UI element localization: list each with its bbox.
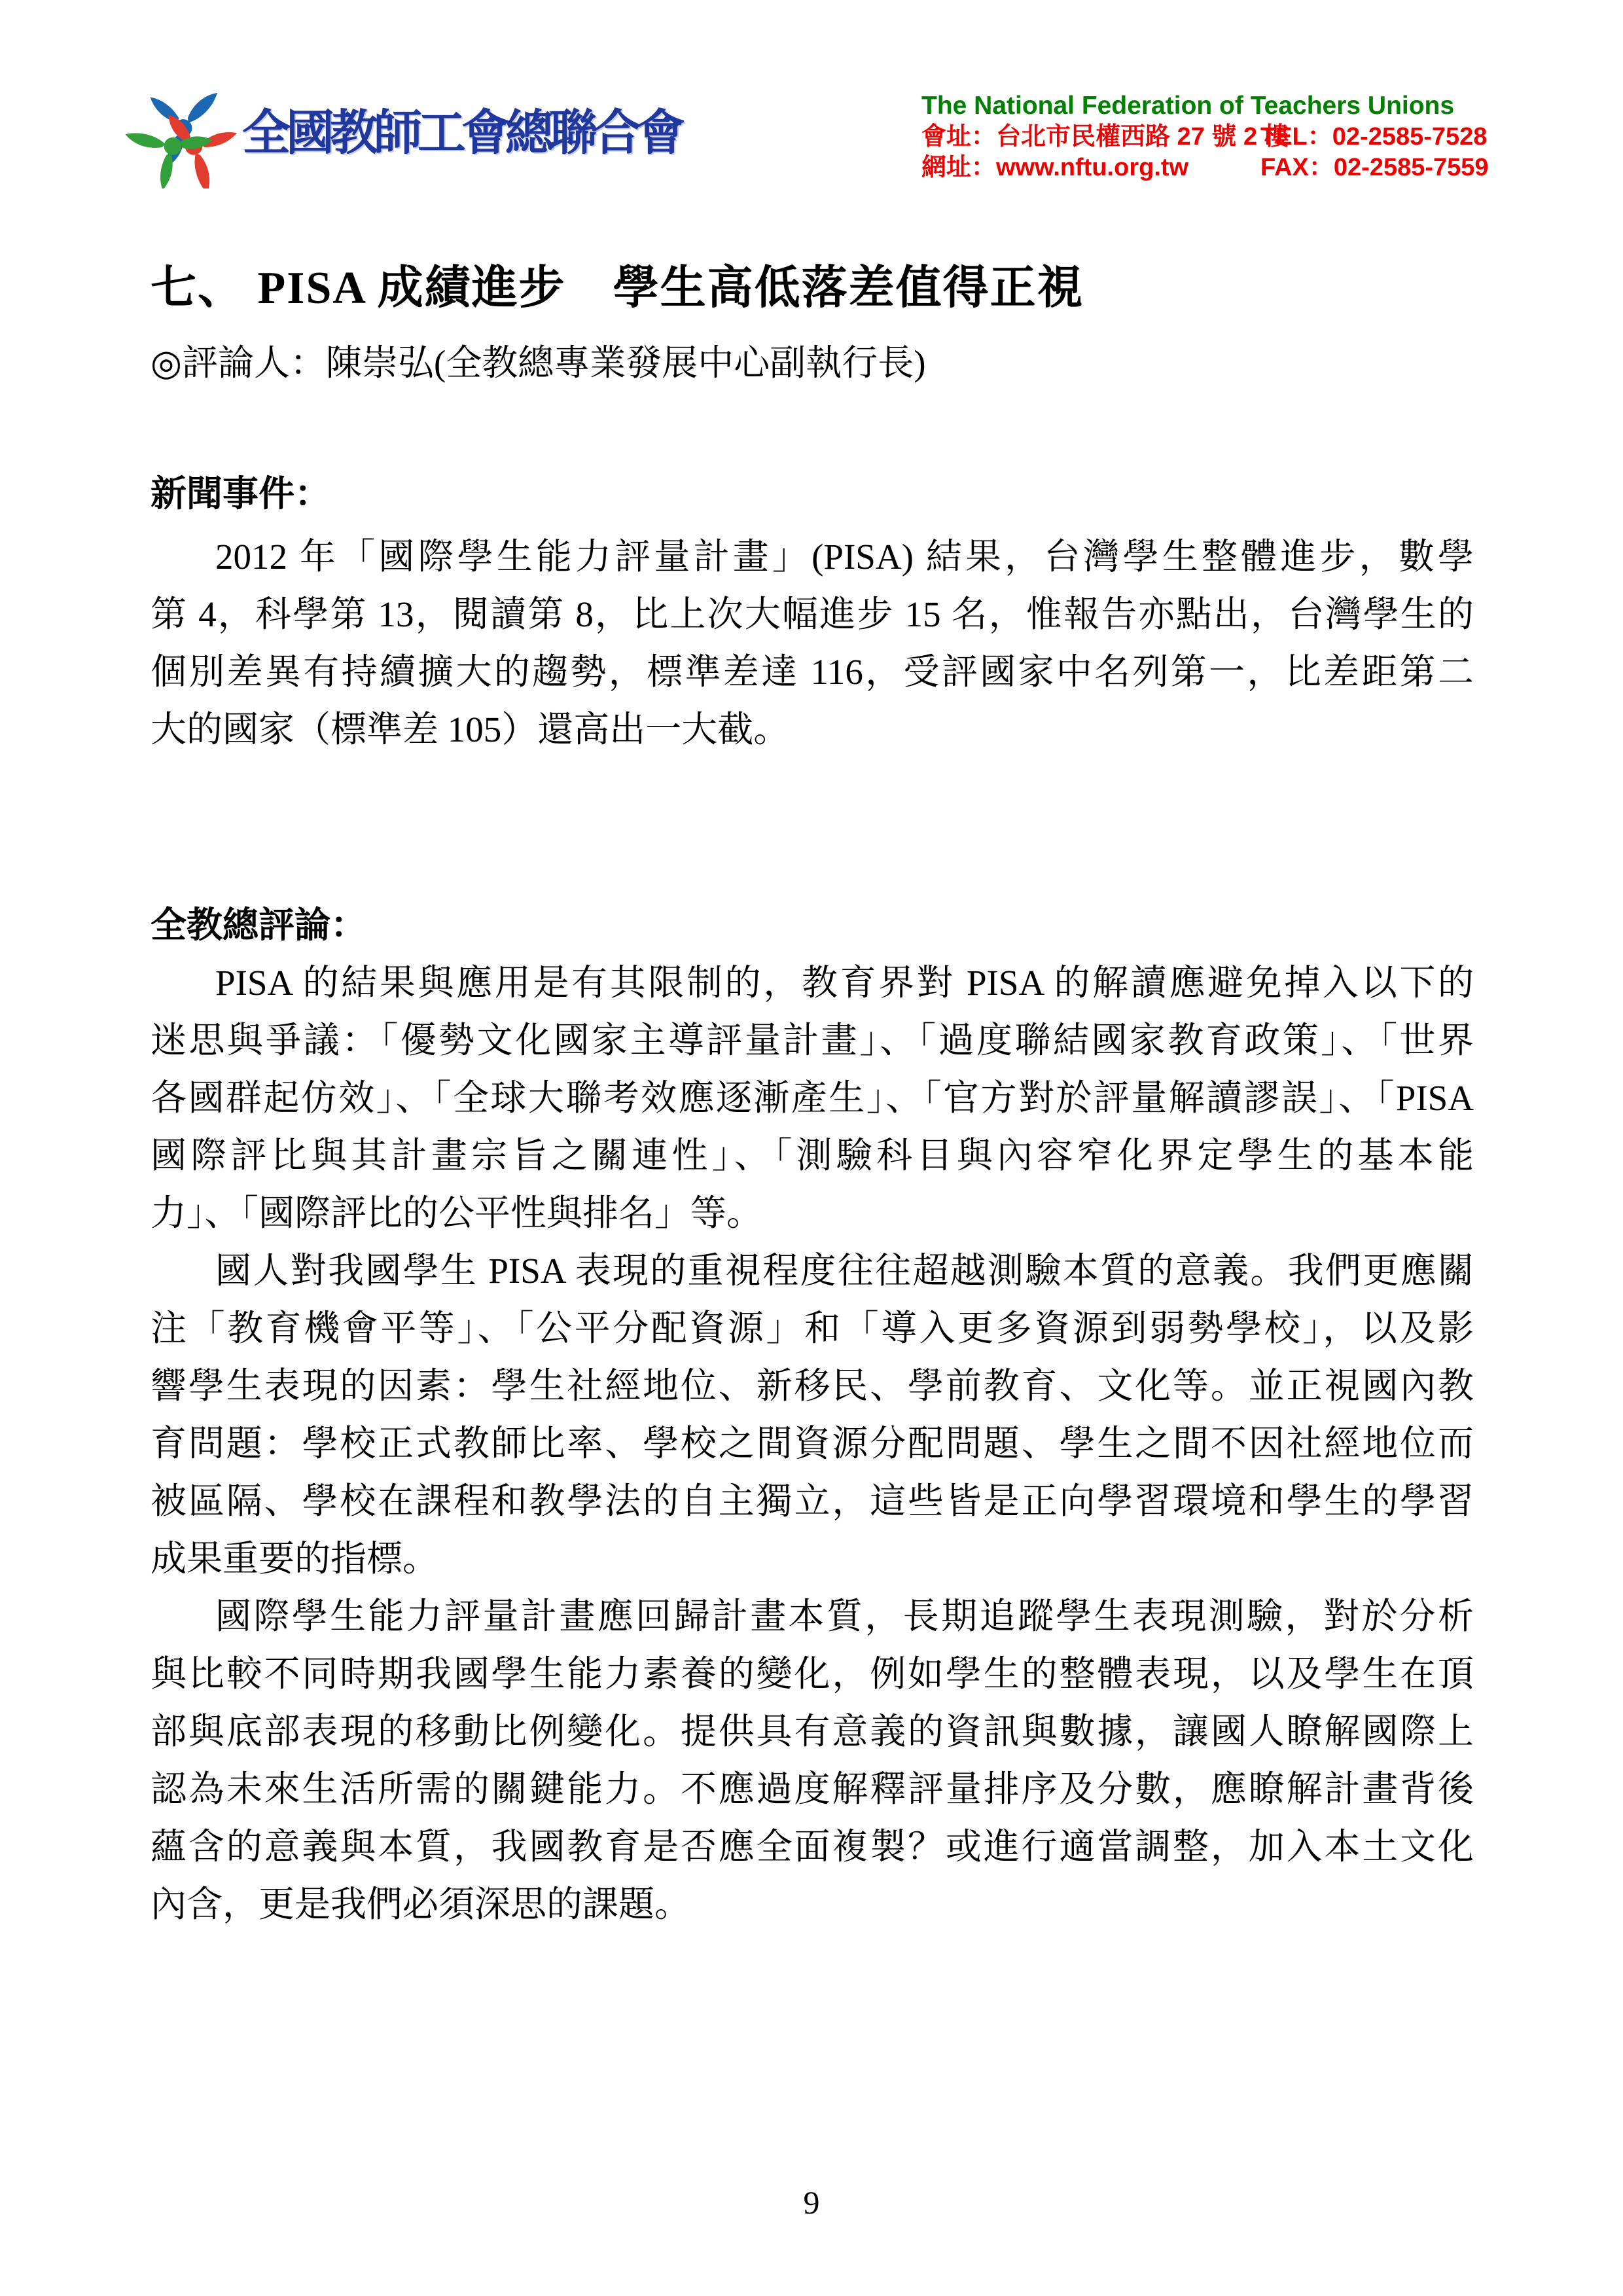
text-line: 認為未來生活所需的關鍵能力。不應過度解釋評量排序及分數，應瞭解計畫背後 xyxy=(151,1761,1474,1818)
text-line: 大的國家（標準差 105）還高出一大截。 xyxy=(151,701,1474,759)
article-byline: ◎評論人：陳崇弘(全教總專業發展中心副執行長) xyxy=(151,334,1474,392)
text-line: 2012 年「國際學生能力評量計畫」(PISA) 結果，台灣學生整體進步，數學 xyxy=(151,528,1474,586)
org-contact-block: The National Federation of Teachers Unio… xyxy=(921,79,1445,183)
text-line: 各國群起仿效」、「全球大聯考效應逐漸產生」、「官方對於評量解讀謬誤」、「PISA xyxy=(151,1069,1474,1127)
text-line: 第 4，科學第 13，閱讀第 8，比上次大幅進步 15 名，惟報告亦點出，台灣學… xyxy=(151,586,1474,643)
comment-paragraph-1: PISA 的結果與應用是有其限制的，教育界對 PISA 的解讀應避免掉入以下的迷… xyxy=(151,954,1474,1242)
comment-paragraph-2: 國人對我國學生 PISA 表現的重視程度往往超越測驗本質的意義。我們更應關注「教… xyxy=(151,1242,1474,1588)
org-name-en: The National Federation of Teachers Unio… xyxy=(921,90,1445,122)
text-line: 育問題：學校正式教師比率、學校之間資源分配問題、學生之間不因社經地位而 xyxy=(151,1415,1474,1473)
page-number: 9 xyxy=(804,2184,820,2221)
org-emblem-icon xyxy=(124,79,242,188)
text-line: 成果重要的指標。 xyxy=(151,1530,1474,1588)
text-line: 國際學生能力評量計畫應回歸計畫本質，長期追蹤學生表現測驗，對於分析 xyxy=(151,1588,1474,1645)
text-line: 國人對我國學生 PISA 表現的重視程度往往超越測驗本質的意義。我們更應關 xyxy=(151,1242,1474,1300)
section-heading-news: 新聞事件： xyxy=(151,465,1474,523)
text-line: 部與底部表現的移動比例變化。提供具有意義的資訊與數據，讓國人瞭解國際上 xyxy=(151,1703,1474,1761)
text-line: PISA 的結果與應用是有其限制的，教育界對 PISA 的解讀應避免掉入以下的 xyxy=(151,954,1474,1012)
page-footer: 9 xyxy=(0,2185,1623,2221)
comment-paragraph-3: 國際學生能力評量計畫應回歸計畫本質，長期追蹤學生表現測驗，對於分析與比較不同時期… xyxy=(151,1588,1474,1933)
text-line: 力」、「國際評比的公平性與排名」等。 xyxy=(151,1185,1474,1242)
document-page: 全國教師工會總聯合會 The National Federation of Te… xyxy=(0,0,1623,2296)
text-line: 個別差異有持續擴大的趨勢，標準差達 116，受評國家中名列第一，比差距第二 xyxy=(151,643,1474,701)
text-line: 被區隔、學校在課程和教學法的自主獨立，這些皆是正向學習環境和學生的學習 xyxy=(151,1473,1474,1530)
org-contact-row-2: 網址：www.nftu.org.tw FAX：02-2585-7559 xyxy=(921,152,1445,183)
text-line: 蘊含的意義與本質，我國教育是否應全面複製？或進行適當調整，加入本土文化 xyxy=(151,1818,1474,1876)
org-address: 會址：台北市民權西路 27 號 2 樓 xyxy=(921,122,1260,152)
org-website: 網址：www.nftu.org.tw xyxy=(921,152,1260,183)
text-line: 與比較不同時期我國學生能力素養的變化，例如學生的整體表現，以及學生在頂 xyxy=(151,1645,1474,1703)
text-line: 國際評比與其計畫宗旨之關連性」、「測驗科目與內容窄化界定學生的基本能 xyxy=(151,1127,1474,1185)
org-name-zh: 全國教師工會總聯合會 xyxy=(242,79,681,188)
text-line: 響學生表現的因素：學生社經地位、新移民、學前教育、文化等。並正視國內教 xyxy=(151,1357,1474,1415)
news-paragraph: 2012 年「國際學生能力評量計畫」(PISA) 結果，台灣學生整體進步，數學第… xyxy=(151,528,1474,759)
org-contact-row-1: 會址：台北市民權西路 27 號 2 樓 TEL：02-2585-7528 xyxy=(921,122,1445,152)
org-tel: TEL：02-2585-7528 xyxy=(1260,122,1487,152)
org-fax: FAX：02-2585-7559 xyxy=(1260,152,1489,183)
letterhead: 全國教師工會總聯合會 The National Federation of Te… xyxy=(124,79,1445,188)
text-line: 注「教育機會平等」、「公平分配資源」和「導入更多資源到弱勢學校」，以及影 xyxy=(151,1300,1474,1357)
org-logo: 全國教師工會總聯合會 xyxy=(124,79,681,188)
article-body: 七、 PISA 成績進步 學生高低落差值得正視 ◎評論人：陳崇弘(全教總專業發展… xyxy=(151,259,1474,1933)
text-line: 迷思與爭議：「優勢文化國家主導評量計畫」、「過度聯結國家教育政策」、「世界 xyxy=(151,1012,1474,1069)
section-heading-comment: 全教總評論： xyxy=(151,897,1474,954)
text-line: 內含，更是我們必須深思的課題。 xyxy=(151,1876,1474,1933)
article-title: 七、 PISA 成績進步 學生高低落差值得正視 xyxy=(151,259,1474,319)
